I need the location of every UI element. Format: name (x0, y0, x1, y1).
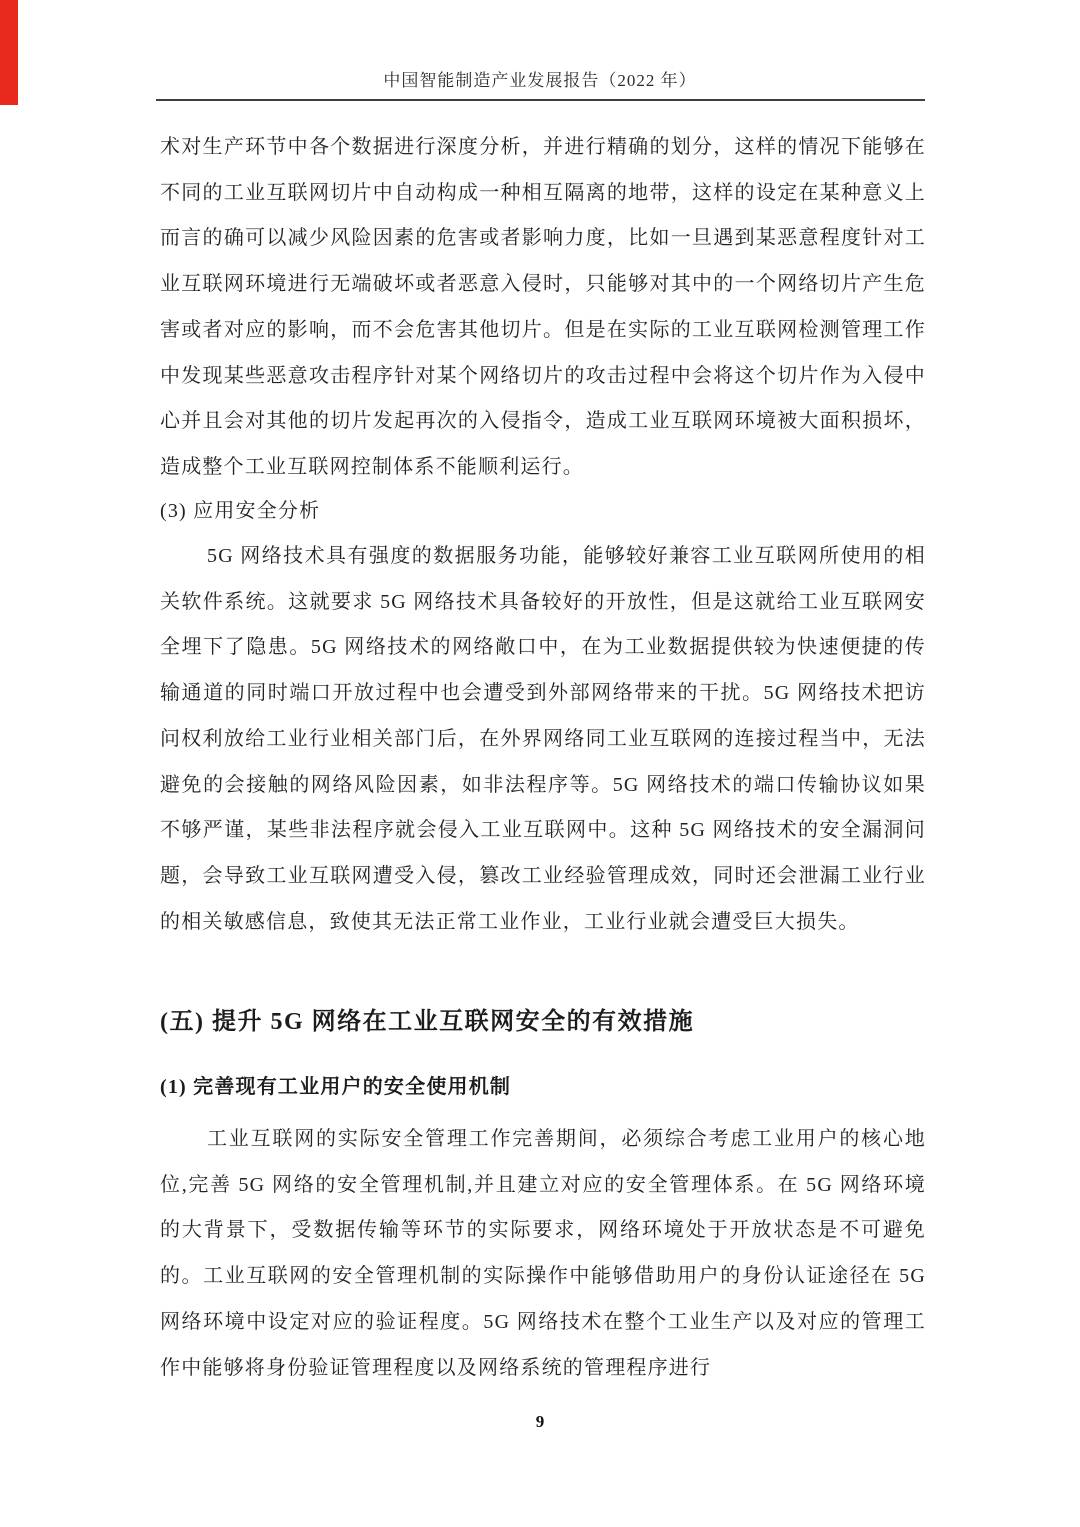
paragraph-application-security: 5G 网络技术具有强度的数据服务功能，能够较好兼容工业互联网所使用的相关软件系统… (160, 534, 926, 945)
header-divider-line (156, 99, 925, 101)
subheading-user-safety-mechanism: (1) 完善现有工业用户的安全使用机制 (160, 1072, 926, 1102)
paragraph-network-slice-continuation: 术对生产环节中各个数据进行深度分析，并进行精确的划分，这样的情况下能够在不同的工… (160, 125, 926, 491)
subheading-application-security-analysis: (3) 应用安全分析 (160, 489, 926, 535)
page-number: 9 (0, 1412, 1080, 1432)
section-heading-5g-security-measures: (五) 提升 5G 网络在工业互联网安全的有效措施 (160, 1003, 960, 1041)
paragraph-user-safety-mechanism: 工业互联网的实际安全管理工作完善期间，必须综合考虑工业用户的核心地位,完善 5G… (160, 1117, 926, 1391)
document-page: 中国智能制造产业发展报告（2022 年） 术对生产环节中各个数据进行深度分析，并… (0, 0, 1080, 1527)
running-header-title: 中国智能制造产业发展报告（2022 年） (0, 66, 1080, 91)
